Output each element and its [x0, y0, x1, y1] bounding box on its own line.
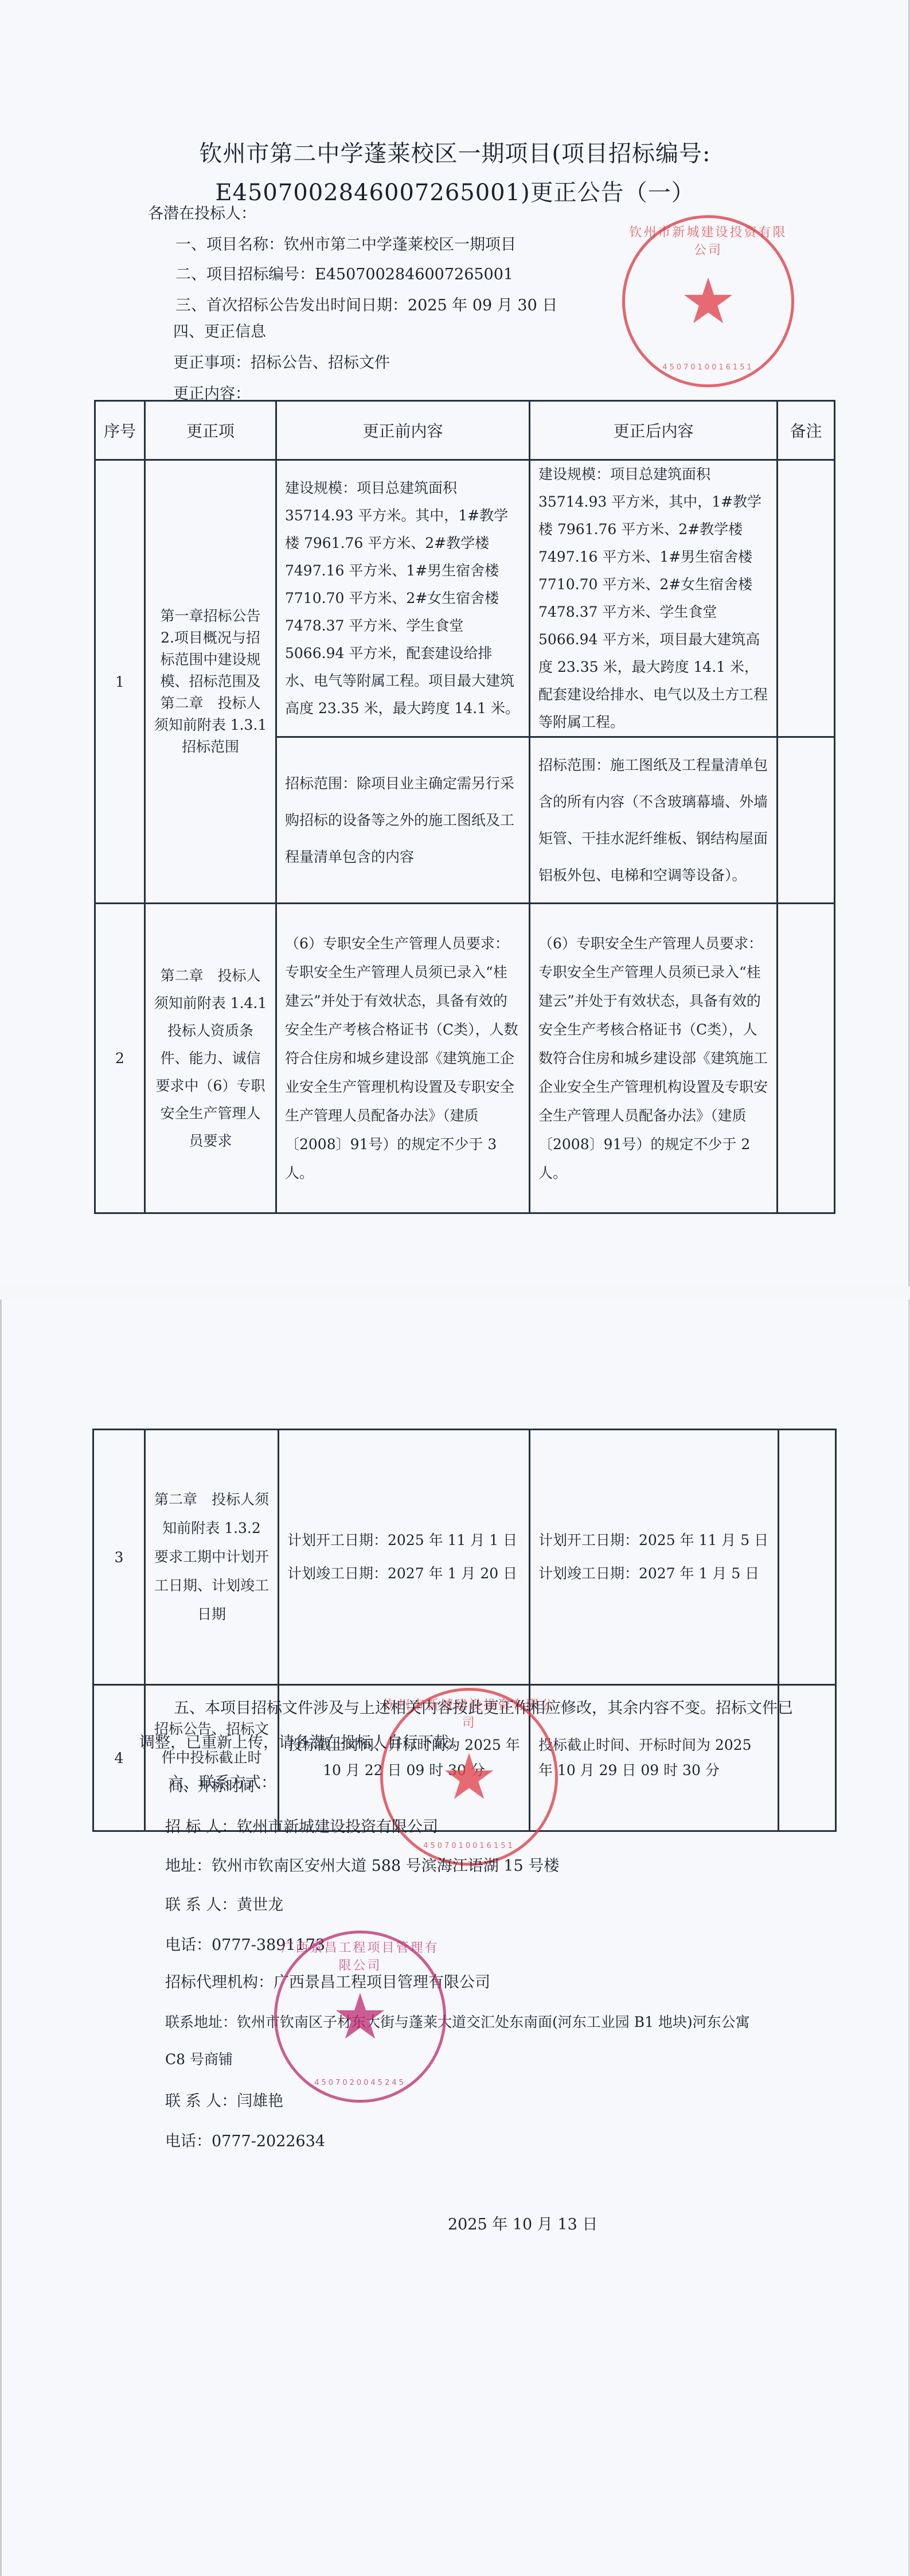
- table-row: 2 第二章 投标人须知前附表 1.4.1 投标人资质条件、能力、诚信要求中（6）…: [95, 904, 835, 1213]
- row3-before-end: 计划竣工日期：2027 年 1 月 20 日: [287, 1557, 521, 1590]
- row1-item: 第一章招标公告 2.项目概况与招标范围中建设规模、招标范围及第二章 投标人须知前…: [145, 460, 276, 904]
- item-tender-number: 二、项目招标编号：E4507002846007265001: [175, 262, 513, 284]
- tenderer-address: 地址：钦州市钦南区安州大道 588 号滨海江语湖 15 号楼: [165, 1853, 559, 1875]
- row1-seq: 1: [95, 460, 145, 904]
- star-icon: ★: [332, 1985, 389, 2048]
- row3-item: 第二章 投标人须知前附表 1.3.2 要求工期中计划开工日期、计划竣工日期: [145, 1430, 279, 1685]
- page-2: 3 第二章 投标人须知前附表 1.3.2 要求工期中计划开工日期、计划竣工日期 …: [0, 1299, 910, 2576]
- table-row: 1 第一章招标公告 2.项目概况与招标范围中建设规模、招标范围及第二章 投标人须…: [95, 460, 835, 737]
- header-seq: 序号: [95, 401, 145, 460]
- row3-seq: 3: [93, 1430, 145, 1685]
- section5-text: 五、本项目招标文件涉及与上述相关内容按此更正作相应修改，其余内容不变。招标文件已: [174, 1695, 793, 1718]
- row2-seq: 2: [95, 904, 145, 1213]
- row4-seq: 4: [93, 1685, 145, 1831]
- header-item: 更正项: [145, 401, 276, 460]
- item-correction-matter: 更正事项：招标公告、招标文件: [173, 350, 390, 372]
- row1-remark-scope: [778, 737, 835, 904]
- row3-after-start: 计划开工日期：2025 年 11 月 5 日: [538, 1524, 770, 1557]
- row1-before-scope: 招标范围：除项目业主确定需另行采购招标的设备等之外的施工图纸及工程量清单包含的内…: [276, 737, 530, 904]
- agent-contact: 联 系 人：闫雄艳: [165, 2088, 283, 2111]
- star-icon: ★: [441, 1745, 498, 1808]
- agent-seal: 广西景昌工程项目管理有限公司 ★ 4507020045245: [274, 1931, 446, 2103]
- header-remark: 备注: [778, 401, 835, 460]
- notice-date: 2025 年 10 月 13 日: [448, 2212, 597, 2234]
- seal-code: 4507010016151: [625, 363, 791, 372]
- table-header-row: 序号 更正项 更正前内容 更正后内容 备注: [95, 401, 835, 460]
- row3-remark: [779, 1430, 836, 1685]
- row1-remark-scale: [778, 460, 835, 737]
- document-title-line1: 钦州市第二中学蓬莱校区一期项目(项目招标编号:: [0, 135, 910, 168]
- row2-remark: [778, 904, 835, 1213]
- tenderer-name: 招 标 人：钦州市新城建设投资有限公司: [165, 1814, 438, 1836]
- correction-table-page1: 序号 更正项 更正前内容 更正后内容 备注 1 第一章招标公告 2.项目概况与招…: [94, 400, 835, 1214]
- row2-before: （6）专职安全生产管理人员要求：专职安全生产管理人员须已录入“桂建云”并处于有效…: [276, 904, 530, 1213]
- salutation: 各潜在投标人：: [148, 201, 256, 223]
- star-icon: ★: [680, 270, 737, 333]
- agent-address-cont: C8 号商铺: [165, 2048, 233, 2069]
- tenderer-contact: 联 系 人：黄世龙: [165, 1892, 283, 1915]
- item-correction-info: 四、更正信息: [173, 319, 266, 341]
- section6-heading: 六、联系方式：: [168, 1770, 276, 1792]
- header-after: 更正后内容: [530, 401, 778, 460]
- page-1: 钦州市第二中学蓬莱校区一期项目(项目招标编号: E450700284600726…: [0, 0, 910, 1286]
- table-row: 3 第二章 投标人须知前附表 1.3.2 要求工期中计划开工日期、计划竣工日期 …: [93, 1430, 836, 1685]
- tenderer-seal: 钦州市新城建设投资有限公司 ★ 4507010016151: [622, 215, 794, 387]
- seal-text: 钦州市新城建设投资有限公司: [625, 223, 791, 258]
- row2-after: （6）专职安全生产管理人员要求：专职安全生产管理人员须已录入“桂建云”并处于有效…: [530, 904, 778, 1213]
- agent-address: 联系地址：钦州市钦南区子材东大街与蓬莱大道交汇处东南面(河东工业园 B1 地块)…: [165, 2011, 750, 2032]
- header-before: 更正前内容: [276, 401, 530, 460]
- seal-code: 4507010016151: [383, 1842, 555, 1850]
- agent-phone: 电话：0777-2022634: [165, 2128, 325, 2151]
- item-first-publish-date: 三、首次招标公告发出时间日期：2025 年 09 月 30 日: [175, 293, 557, 315]
- document-title-line2: E4507002846007265001)更正公告（一）: [0, 174, 910, 207]
- section5-text-cont: 调整，已重新上传，请各潜在投标人自行下载。: [139, 1730, 464, 1752]
- row3-before: 计划开工日期：2025 年 11 月 1 日 计划竣工日期：2027 年 1 月…: [279, 1430, 530, 1685]
- row3-after: 计划开工日期：2025 年 11 月 5 日 计划竣工日期：2027 年 1 月…: [530, 1430, 779, 1685]
- seal-text: 广西景昌工程项目管理有限公司: [277, 1938, 443, 1974]
- row1-after-scale: 建设规模：项目总建筑面积 35714.93 平方米，其中，1#教学楼 7961.…: [530, 460, 778, 737]
- seal-code: 4507020045245: [277, 2079, 443, 2087]
- row1-before-scale: 建设规模：项目总建筑面积 35714.93 平方米。其中，1#教学楼 7961.…: [276, 460, 530, 737]
- item-project-name: 一、项目名称：钦州市第二中学蓬莱校区一期项目: [175, 232, 516, 254]
- row3-before-start: 计划开工日期：2025 年 11 月 1 日: [287, 1524, 521, 1557]
- row2-item: 第二章 投标人须知前附表 1.4.1 投标人资质条件、能力、诚信要求中（6）专职…: [145, 904, 276, 1213]
- row1-after-scope: 招标范围：施工图纸及工程量清单包含的所有内容（不含玻璃幕墙、外墙矩管、干挂水泥纤…: [530, 737, 778, 904]
- row3-after-end: 计划竣工日期：2027 年 1 月 5 日: [538, 1557, 770, 1590]
